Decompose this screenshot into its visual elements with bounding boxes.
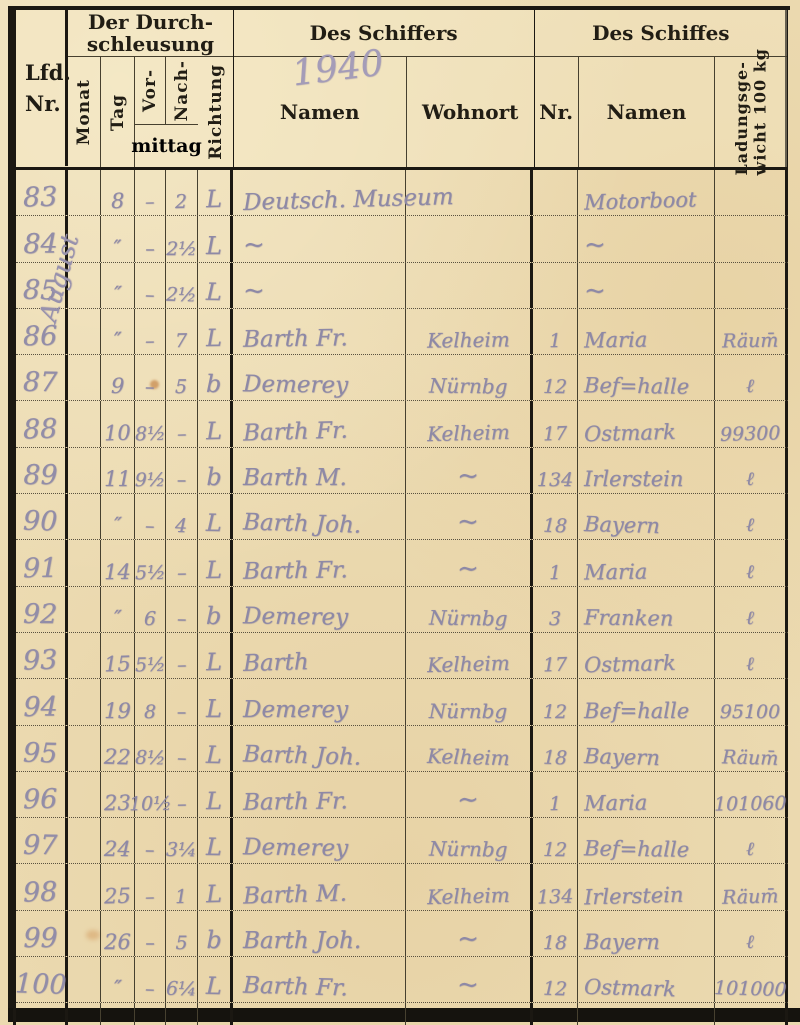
cell-schiff-name-value: ~: [584, 230, 606, 260]
cell-schiff-name-value: Ostmark: [584, 420, 676, 447]
group-schiffes: Des Schiffes Nr. Namen Ladungsge‐wicht 1…: [534, 10, 787, 167]
cell-nachmittag: [166, 1003, 198, 1025]
cell-vormittag-value: –: [145, 932, 155, 954]
cell-schiffer-name: Barth Joh.: [233, 726, 406, 771]
cell-richtung-value: L: [206, 278, 223, 306]
ledger-row-89: 89119½–bBarth M.~134Irlersteinℓ: [16, 448, 788, 494]
cell-wohnort-value: ~: [457, 507, 480, 538]
cell-schiffer-name-value: Barth Joh.: [243, 928, 361, 954]
cell-nachmittag: 7: [166, 309, 198, 354]
cell-richtung: L: [198, 633, 233, 678]
durchschleusung-subheaders: Monat Tag Vor‐ Nach‐: [68, 57, 233, 167]
cell-nachmittag-value: –: [177, 608, 187, 630]
cell-wohnort-value: Kelheim: [426, 420, 509, 446]
cell-schiff-nr: 18: [533, 726, 578, 771]
cell-richtung: [198, 1003, 233, 1025]
cell-nachmittag-value: 2: [175, 191, 188, 213]
cell-vormittag-value: –: [145, 978, 155, 1000]
cell-lfd: 94: [16, 679, 68, 724]
cell-wohnort: Kelheim: [406, 726, 533, 771]
cell-vormittag-value: 8: [144, 701, 156, 723]
cell-schiff-nr: 17: [533, 633, 578, 678]
cell-ladung: 101060: [715, 772, 788, 817]
cell-schiff-nr: 134: [533, 864, 578, 909]
cell-tag-value: 10: [104, 420, 131, 445]
cell-nachmittag-value: 6¼: [166, 978, 197, 1001]
cell-wohnort: ~: [406, 494, 533, 539]
cell-tag-value: 14: [104, 559, 131, 583]
cell-vormittag: –: [135, 355, 166, 400]
cell-wohnort: Nürnbg: [406, 355, 533, 400]
cell-schiff-nr: 18: [533, 911, 578, 956]
cell-schiffer-name: ~: [233, 263, 406, 308]
cell-monat: [68, 911, 101, 956]
cell-schiff-name: Maria: [578, 309, 715, 354]
cell-monat: [68, 679, 101, 724]
column-header-vor-nachmittag: Vor‐ Nach‐ mittag: [135, 57, 198, 167]
cell-lfd-value: 91: [23, 552, 58, 583]
cell-schiffer-name: Barth M.: [233, 864, 406, 909]
cell-lfd: 96: [16, 772, 68, 817]
cell-richtung: L: [198, 263, 233, 308]
cell-richtung-value: L: [206, 833, 222, 861]
cell-schiff-name: Irlerstein: [578, 448, 715, 493]
cell-tag-value: ″: [113, 282, 122, 306]
column-header-richtung: Richtung: [198, 57, 233, 167]
cell-ladung-value: ℓ: [746, 931, 754, 954]
cell-richtung: b: [198, 587, 233, 632]
cell-schiffer-name-value: Barth M.: [243, 465, 347, 491]
cell-schiff-name-value: Bayern: [584, 930, 660, 954]
cell-richtung-value: L: [206, 417, 223, 445]
cell-richtung-value: b: [206, 602, 222, 630]
cell-wohnort: Kelheim: [406, 633, 533, 678]
cell-schiff-name-value: Maria: [584, 559, 648, 584]
cell-schiff-nr-value: 1: [549, 330, 561, 352]
cell-vormittag: –: [135, 263, 166, 308]
cell-ladung: ℓ: [715, 448, 788, 493]
cell-ladung: 95100: [715, 679, 788, 724]
cell-monat: [68, 494, 101, 539]
cell-schiff-name: Ostmark: [578, 633, 715, 678]
cell-richtung: L: [198, 494, 233, 539]
cell-schiff-nr: [533, 263, 578, 308]
cell-schiff-nr: 17: [533, 401, 578, 446]
ledger-row-83: 838–2LDeutsch. MuseumMotorboot: [16, 170, 788, 216]
cell-wohnort: Kelheim: [406, 401, 533, 446]
cell-schiffer-name: Demerey: [233, 679, 406, 724]
cell-monat: [68, 957, 101, 1002]
cell-nachmittag-value: –: [177, 469, 187, 491]
cell-schiff-name-value: Franken: [584, 605, 674, 630]
cell-ladung-value: 99300: [719, 422, 780, 446]
cell-ladung-value: ℓ: [746, 561, 754, 584]
cell-schiff-name-value: ~: [584, 276, 607, 307]
cell-schiff-name: Bef=halle: [578, 355, 715, 400]
cell-vormittag: –: [135, 494, 166, 539]
ledger-row-95: 95228½–LBarth Joh.Kelheim18BayernRäum̄: [16, 726, 788, 772]
cell-vormittag-value: –: [145, 191, 155, 213]
cell-vormittag: 6: [135, 587, 166, 632]
cell-lfd: 100: [16, 957, 68, 1002]
cell-monat: [68, 864, 101, 909]
cell-ladung: ℓ: [715, 355, 788, 400]
cell-vormittag-value: 8½: [134, 422, 165, 445]
cell-vormittag: –: [135, 864, 166, 909]
cell-schiffer-name-value: ~: [243, 276, 266, 307]
cell-wohnort: [406, 263, 533, 308]
cell-tag-value: 19: [104, 699, 131, 723]
ledger-row-94: 94198–LDemereyNürnbg12Bef=halle95100: [16, 679, 788, 725]
cell-ladung-value: 95100: [720, 701, 780, 723]
cell-ladung-value: ℓ: [746, 514, 755, 537]
cell-nachmittag-value: 2½: [166, 238, 197, 260]
cell-ladung-value: ℓ: [746, 607, 754, 630]
empty-row: [16, 1003, 788, 1025]
cell-richtung: b: [198, 355, 233, 400]
ledger-row-97: 9724–3¼LDemereyNürnbg12Bef=halleℓ: [16, 818, 788, 864]
cell-wohnort-value: Kelheim: [426, 883, 509, 909]
lfd-label-line1: Lfd.: [25, 57, 71, 89]
cell-richtung: L: [198, 818, 233, 863]
cell-tag: ″: [101, 587, 135, 632]
cell-schiff-name: Bayern: [578, 494, 715, 539]
cell-schiff-nr: 1: [533, 772, 578, 817]
scanned-lock-register-page: Lfd. Nr. Der Durch‐ schleusung Monat Tag: [0, 0, 800, 1025]
cell-wohnort: ~: [406, 540, 533, 585]
cell-schiff-name: Bayern: [578, 726, 715, 771]
cell-richtung: L: [198, 679, 233, 724]
group-durchschleusung: Der Durch‐ schleusung Monat Tag Vor‐: [68, 10, 233, 167]
cell-wohnort: [406, 216, 533, 261]
cell-tag: 26: [101, 911, 135, 956]
cell-schiff-nr-value: 134: [537, 469, 573, 491]
ledger-row-96: 962310½–LBarth Fr.~1Maria101060: [16, 772, 788, 818]
cell-tag: [101, 1003, 135, 1025]
cell-nachmittag-value: 2½: [166, 283, 197, 306]
cell-lfd-value: 90: [23, 506, 58, 538]
durchschleusung-line1: Der Durch‐: [88, 11, 213, 33]
column-header-schiff-nr: Nr.: [534, 57, 579, 167]
cell-richtung: b: [198, 448, 233, 493]
cell-ladung-value: Räum̄: [722, 885, 779, 909]
cell-schiff-name: Bef=halle: [578, 679, 715, 724]
cell-wohnort-value: Nürnbg: [429, 699, 507, 723]
cell-monat: [68, 726, 101, 771]
column-header-nachmittag: Nach‐: [166, 57, 198, 124]
cell-tag: 15: [101, 633, 135, 678]
column-header-ladungsgewicht: Ladungsge‐wicht 100 kg: [715, 57, 787, 167]
cell-schiff-name: [578, 1003, 715, 1025]
cell-wohnort-value: Kelheim: [426, 651, 509, 677]
cell-lfd: 89: [16, 448, 68, 493]
cell-schiffer-name-value: Demerey: [243, 835, 348, 862]
cell-wohnort-value: Nürnbg: [429, 837, 508, 862]
cell-schiff-nr-value: 1: [549, 562, 561, 584]
cell-schiff-nr: 12: [533, 818, 578, 863]
cell-ladung: 99300: [715, 401, 788, 446]
cell-ladung: Räum̄: [715, 726, 788, 771]
group-schiffers: Des Schiffers Namen Wohnort: [234, 10, 534, 167]
cell-tag-value: ″: [113, 976, 122, 1000]
cell-wohnort: ~: [406, 911, 533, 956]
cell-richtung: L: [198, 216, 233, 261]
ledger-row-91: 91145½–LBarth Fr.~1Mariaℓ: [16, 540, 788, 586]
cell-schiffer-name: Barth Fr.: [233, 772, 406, 817]
cell-schiff-name-value: Maria: [584, 328, 648, 353]
ledger-row-99: 9926–5bBarth Joh.~18Bayernℓ: [16, 911, 788, 957]
cell-schiff-nr-value: 134: [537, 885, 574, 908]
cell-schiff-name: ~: [578, 216, 715, 261]
cell-nachmittag-value: 4: [175, 515, 188, 537]
cell-lfd: 99: [16, 911, 68, 956]
cell-nachmittag-value: –: [177, 701, 187, 723]
cell-wohnort-value: ~: [457, 554, 479, 584]
cell-lfd-value: 83: [23, 182, 58, 214]
cell-schiffer-name-value: Barth Fr.: [243, 788, 348, 815]
ledger-row-92: 92″6–bDemereyNürnbg3Frankenℓ: [16, 587, 788, 633]
cell-schiffer-name: Barth: [233, 633, 406, 678]
cell-tag-value: ″: [114, 236, 122, 260]
cell-richtung: L: [198, 540, 233, 585]
cell-wohnort: Kelheim: [406, 309, 533, 354]
cell-schiffer-name: Demerey: [233, 587, 406, 632]
cell-ladung: ℓ: [715, 911, 788, 956]
cell-tag-value: 24: [104, 837, 131, 861]
cell-schiffer-name-value: Barth: [243, 649, 309, 677]
cell-nachmittag: –: [166, 726, 198, 771]
cell-wohnort-value: Nürnbg: [429, 374, 508, 399]
cell-ladung-value: Räum̄: [722, 330, 779, 353]
cell-lfd-value: 93: [23, 645, 58, 677]
cell-monat: [68, 772, 101, 817]
column-header-mittag: mittag: [135, 124, 198, 167]
cell-vormittag: 9½: [135, 448, 166, 493]
cell-monat: [68, 355, 101, 400]
cell-ladung: 101000: [715, 957, 788, 1002]
cell-lfd: 92: [16, 587, 68, 632]
cell-nachmittag: –: [166, 679, 198, 724]
cell-vormittag-value: 9½: [135, 469, 166, 491]
cell-tag: ″: [101, 957, 135, 1002]
cell-schiff-nr-value: 18: [543, 515, 568, 538]
cell-tag-value: ″: [113, 513, 122, 537]
cell-nachmittag-value: 5: [175, 932, 187, 954]
cell-wohnort: ~: [406, 448, 533, 493]
cell-richtung-value: L: [206, 741, 223, 769]
cell-richtung-value: b: [206, 463, 221, 491]
cell-schiffer-name: [233, 1003, 406, 1025]
cell-schiffer-name-value: Barth Fr.: [243, 973, 348, 1002]
lfd-label-line2: Nr.: [25, 88, 61, 120]
cell-nachmittag-value: –: [176, 654, 186, 676]
column-header-tag: Tag: [101, 57, 135, 167]
cell-nachmittag: –: [166, 633, 198, 678]
cell-wohnort-value: ~: [457, 924, 479, 954]
cell-vormittag: 8: [135, 679, 166, 724]
cell-lfd-value: 92: [23, 599, 58, 630]
cell-tag: 11: [101, 448, 135, 493]
cell-vormittag: –: [135, 170, 166, 215]
cell-wohnort: Nürnbg: [406, 679, 533, 724]
cell-schiffer-name-value: Barth Fr.: [243, 417, 348, 446]
cell-vormittag: –: [135, 309, 166, 354]
cell-ladung: ℓ: [715, 633, 788, 678]
cell-wohnort-value: Kelheim: [426, 744, 509, 770]
cell-nachmittag-value: –: [176, 747, 186, 769]
column-header-lfd-nr: Lfd. Nr.: [16, 10, 68, 166]
cell-schiffer-name: Barth Joh.: [233, 911, 406, 956]
cell-vormittag-value: –: [145, 238, 155, 260]
cell-nachmittag-value: 7: [175, 330, 187, 352]
cell-tag: 19: [101, 679, 135, 724]
cell-schiffer-name-value: Demerey: [243, 603, 348, 630]
cell-tag: ″: [101, 309, 135, 354]
cell-schiffer-name-value: Barth Fr.: [243, 325, 348, 352]
cell-schiff-nr: 1: [533, 309, 578, 354]
ledger-row-84: 84″–2½L~~: [16, 216, 788, 262]
cell-ladung-value: ℓ: [746, 468, 754, 491]
cell-schiff-name-value: Bayern: [584, 512, 660, 538]
cell-schiff-nr: 18: [533, 494, 578, 539]
cell-nachmittag-value: 5: [175, 376, 187, 398]
cell-nachmittag-value: –: [177, 562, 187, 584]
cell-wohnort-value: ~: [457, 785, 479, 815]
cell-schiff-nr-value: 18: [543, 932, 567, 954]
cell-schiffer-name: Barth Fr.: [233, 401, 406, 446]
cell-ladung: [715, 216, 788, 261]
cell-vormittag-value: 5½: [135, 561, 166, 583]
cell-schiffer-name: Demerey: [233, 818, 406, 863]
cell-monat: [68, 448, 101, 493]
cell-nachmittag: 2½: [166, 216, 198, 261]
cell-tag: ″: [101, 494, 135, 539]
cell-ladung-value: ℓ: [746, 838, 754, 861]
cell-vormittag: –: [135, 216, 166, 261]
cell-schiff-nr-value: 1: [549, 793, 561, 815]
cell-vormittag-value: –: [145, 515, 155, 537]
cell-schiff-name: Motorboot: [578, 170, 715, 215]
cell-lfd: 97: [16, 818, 68, 863]
cell-lfd-value: 95: [23, 737, 58, 769]
cell-vormittag-value: –: [145, 284, 155, 306]
cell-nachmittag: –: [166, 540, 198, 585]
cell-richtung: L: [198, 772, 233, 817]
cell-lfd-value: 98: [23, 876, 58, 908]
cell-wohnort-value: Kelheim: [426, 328, 509, 353]
cell-schiffer-name: Barth M.: [233, 448, 406, 493]
cell-schiffer-name: Barth Fr.: [233, 540, 406, 585]
cell-schiffer-name-value: Demerey: [243, 372, 348, 399]
cell-monat: [68, 540, 101, 585]
cell-schiff-name: Maria: [578, 540, 715, 585]
cell-richtung-value: L: [206, 787, 222, 815]
cell-richtung: L: [198, 864, 233, 909]
cell-lfd: 98: [16, 864, 68, 909]
cell-schiffer-name-value: ~: [243, 230, 265, 260]
cell-lfd: 87: [16, 355, 68, 400]
ledger-row-93: 93155½–LBarthKelheim17Ostmarkℓ: [16, 633, 788, 679]
cell-schiff-nr-value: 17: [543, 654, 568, 677]
cell-schiff-nr: 3: [533, 587, 578, 632]
cell-tag-value: 9: [111, 374, 125, 398]
cell-lfd: 90: [16, 494, 68, 539]
group-durchschleusung-title: Der Durch‐ schleusung: [68, 10, 233, 57]
cell-richtung: L: [198, 309, 233, 354]
cell-ladung: Räum̄: [715, 864, 788, 909]
heavy-divider: [787, 10, 788, 167]
cell-ladung-value: Räum̄: [722, 746, 779, 770]
cell-vormittag-value: 8½: [134, 746, 165, 769]
cell-schiff-nr-value: 12: [543, 839, 567, 861]
cell-nachmittag: –: [166, 587, 198, 632]
cell-schiffer-name: Barth Joh.: [233, 494, 406, 539]
cell-vormittag-value: –: [145, 330, 155, 352]
cell-monat: [68, 587, 101, 632]
cell-schiff-name-value: Ostmark: [584, 975, 676, 1002]
cell-monat: [68, 1003, 101, 1025]
column-header-vormittag: Vor‐: [135, 57, 166, 124]
cell-ladung: [715, 263, 788, 308]
cell-nachmittag: 5: [166, 355, 198, 400]
cell-ladung: ℓ: [715, 540, 788, 585]
table-body: 838–2LDeutsch. MuseumMotorboot84″–2½L~~8…: [16, 170, 788, 1025]
cell-schiffer-name: Barth Fr.: [233, 309, 406, 354]
ledger-table: Lfd. Nr. Der Durch‐ schleusung Monat Tag: [13, 10, 788, 1025]
cell-vormittag-value: 6: [144, 608, 156, 630]
cell-lfd-value: 94: [23, 692, 57, 723]
cell-schiffer-name-value: Demerey: [243, 697, 348, 723]
cell-nachmittag: 5: [166, 911, 198, 956]
column-header-monat: Monat: [68, 57, 101, 167]
cell-ladung: [715, 170, 788, 215]
cell-richtung-value: L: [206, 324, 222, 352]
cell-lfd: 93: [16, 633, 68, 678]
cell-schiffer-name: Barth Fr.: [233, 957, 406, 1002]
cell-schiffer-name-value: Barth Fr.: [243, 557, 348, 584]
cell-nachmittag: 3¼: [166, 818, 198, 863]
cell-richtung: L: [198, 401, 233, 446]
cell-schiff-name-value: Bef=halle: [584, 837, 689, 862]
cell-nachmittag-value: 1: [175, 886, 188, 908]
cell-schiff-name-value: Irlerstein: [584, 467, 683, 491]
cell-vormittag: 10½: [135, 772, 166, 817]
cell-schiffer-name: ~: [233, 216, 406, 261]
cell-schiff-name: Irlerstein: [578, 864, 715, 909]
cell-schiff-name: Bef=halle: [578, 818, 715, 863]
cell-richtung: L: [198, 957, 233, 1002]
cell-schiff-name: Ostmark: [578, 957, 715, 1002]
cell-ladung: ℓ: [715, 818, 788, 863]
cell-nachmittag: –: [166, 448, 198, 493]
cell-schiffer-name-value: Barth Joh.: [243, 741, 362, 770]
cell-nachmittag: 2: [166, 170, 198, 215]
cell-nachmittag: 6¼: [166, 957, 198, 1002]
cell-lfd-value: 100: [14, 969, 66, 1001]
durchschleusung-line2: schleusung: [87, 33, 214, 55]
cell-schiffer-name: Deutsch. Museum: [233, 170, 406, 215]
cell-lfd-value: 88: [23, 413, 58, 445]
cell-wohnort-value: ~: [457, 970, 480, 1001]
cell-ladung: ℓ: [715, 587, 788, 632]
cell-tag-value: 26: [104, 930, 131, 954]
cell-schiff-name-value: Bayern: [584, 744, 660, 770]
cell-schiff-nr: [533, 170, 578, 215]
cell-schiff-nr: 134: [533, 448, 578, 493]
cell-tag: 24: [101, 818, 135, 863]
cell-wohnort-value: Nürnbg: [429, 605, 508, 630]
cell-lfd-value: 87: [23, 367, 58, 398]
